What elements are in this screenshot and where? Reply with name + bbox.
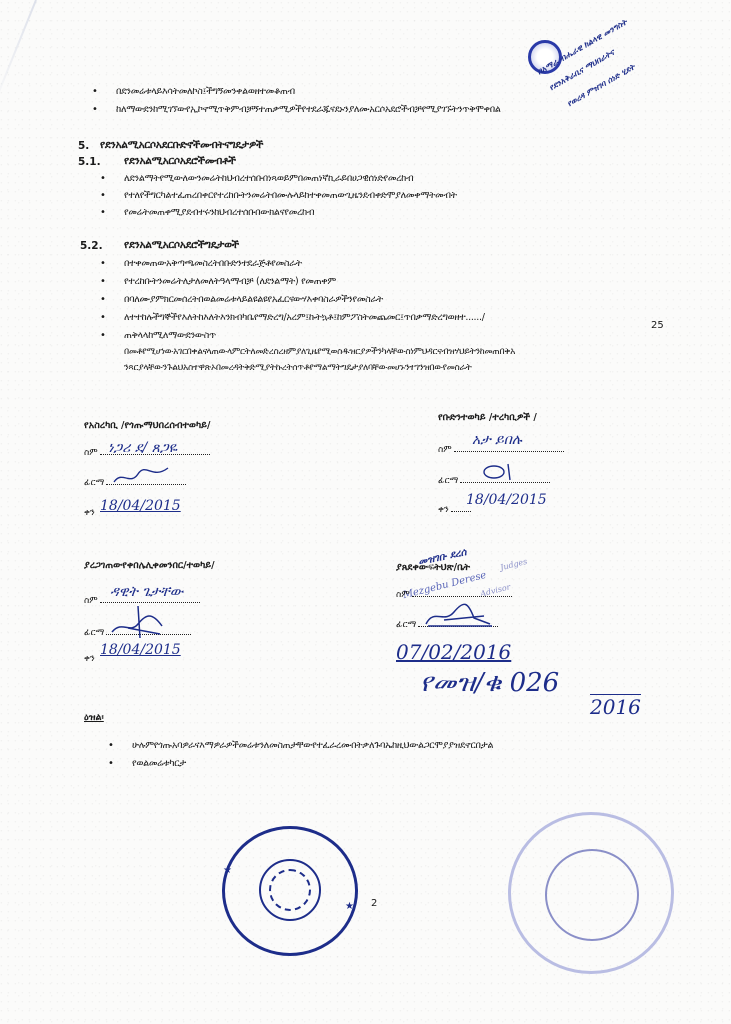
page-number: 2 — [371, 898, 377, 909]
date-field: ቀን — [84, 508, 95, 518]
signature-label: ፊርማ — [438, 476, 458, 486]
bullet-item: በባለሙያምክርመሰረትበወልመሬቱላይልዩልዩየአፈርናውሃእቀባስራዎችንየ… — [124, 294, 383, 306]
handwritten-name: ዳዊት ጌታቸው — [110, 584, 183, 600]
handwritten-year: 2016 — [590, 694, 641, 719]
document-page: በደንመሬቱላይእሳትመለኮስ፤ችግኝመንቀልወዘተመቆጠብ ከለማውደንከሚገ… — [0, 0, 731, 1024]
name-label: ስም — [438, 445, 452, 455]
note-item: ሁሉምየጎጡአባዎራናእማዎራዎችመሬቱንለመስጠታቸውየተፈራረሙበትቃለጉባ… — [132, 740, 493, 752]
handwritten-date: 18/04/2015 — [100, 642, 181, 658]
bullet-item: የተለየችግርካልተፈጠረበቀርየተረከቡትንመሬትበሙሉላይከተቀመጠውጊዜን… — [124, 190, 457, 202]
bullet-item: ለደንልማትየሚውለውንመሬትከህብረተሰቡበነጻወይምበመጠነኛኪራይበሀጋዊ… — [124, 173, 413, 185]
name-label: ስም — [396, 590, 410, 600]
date-label: ቀን — [438, 505, 449, 515]
bullet-item: ጠቅላላከሚለማውደንውስጥ — [124, 330, 216, 342]
official-round-stamp-left: ★ ★ — [222, 826, 358, 956]
bullet-item: ከለማውደንከሚገኘውየኢኮኖሚጥቅምብቻኝተጠቃሚዎችየተደራጁናደኑንያለሙ… — [116, 104, 501, 116]
handwritten-signature — [112, 466, 172, 488]
subsection-number: 5.1. — [78, 156, 101, 168]
section-number: 5. — [78, 140, 89, 152]
handwritten-signature — [108, 604, 168, 640]
date-label: ቀን — [84, 508, 95, 518]
star-icon: ★ — [223, 865, 232, 876]
handwritten-date: 18/04/2015 — [466, 492, 547, 508]
section-title: የደንአልሚአርሶአደርቡድኖችመብትናግዴታዎች — [100, 139, 263, 151]
date-field: ቀን — [84, 654, 95, 664]
handwritten-reference: የመዝ/ቁ 026 — [420, 668, 559, 699]
continuation-text: በመቶየሚሆነውአገርበቀልናላጠውላምርትለመድረስረዘምያለጊዜየሚወስዱዝ… — [124, 346, 515, 358]
official-stamp-top: በአማራ ብሔራዊ ክልላዊ መንግስት የደንአቅራቢና ማህበራትና የወረ… — [528, 40, 678, 130]
percent-value: 25 — [651, 320, 664, 331]
name-label: ስም — [84, 448, 98, 458]
date-label: ቀን — [84, 654, 95, 664]
handwritten-date: 18/04/2015 — [100, 498, 181, 514]
note-title: ዕዝል፡ — [84, 712, 104, 723]
stamp-inner-ring — [545, 849, 639, 941]
signature-label: ፊርማ — [396, 620, 416, 630]
scan-edge-mark — [0, 0, 37, 112]
stamp-role-text: Judges — [499, 557, 528, 572]
subsection-number: 5.2. — [80, 240, 103, 252]
bullet-item: በተቀመጠውአቅጣጫመስረትበቡድንተደራጅቶየመስራት — [124, 258, 302, 270]
name-label: ስም — [84, 596, 98, 606]
handwritten-name: ነጋሪ ደ/ ጸጋዬ — [108, 440, 177, 456]
handwritten-date: 07/02/2016 — [396, 640, 511, 664]
bullet-item: ለተተከሉችግኞችየእለትከእለትእንክብካቤየማድረግ/አረም፤ኩትኳቶ፤ከም… — [124, 312, 485, 324]
bullet-item: የመሬትመጠቀሚያደብተሩንከህብረተሰቡበውክልናየመረከብ — [124, 207, 314, 219]
subsection-title: የደንአልሚአርሶአደሮችመብቶች — [124, 155, 236, 167]
handwritten-signature — [482, 460, 522, 482]
signature-block-title: የአስረካቢ /የጎጡማህበረሰብተወካይ/ — [84, 420, 210, 431]
note-item: የወልመሬቱካርታ — [132, 758, 186, 770]
bullet-item: በደንመሬቱላይእሳትመለኮስ፤ችግኝመንቀልወዘተመቆጠብ — [116, 86, 295, 98]
continuation-text: ንጻርያላቸውንጉልህአስተዋጽኦበመረዳትቅድሚያትኩረትሰጥቶየማልማትግዴ… — [124, 362, 471, 374]
signature-label: ፊርማ — [84, 478, 104, 488]
star-icon: ★ — [345, 901, 354, 912]
handwritten-signature — [424, 598, 494, 630]
signature-block-title: ያረጋገጠውየቀበሌሊቀመንበር/ተወካይ/ — [84, 560, 215, 571]
signature-block-title: የቡድንተወካይ /ተረካቢዎች / — [438, 412, 537, 423]
stamp-center-ring — [269, 869, 311, 911]
handwritten-name: አታ ይበሉ — [472, 432, 522, 448]
subsection-title: የደንአልሚአርሶአደሮችግዴታወች — [124, 239, 239, 251]
signature-label: ፊርማ — [84, 628, 104, 638]
faded-round-stamp-right — [508, 812, 674, 974]
bullet-item: የተረከቡትንመሬትለታለመለትዓላማብቻ (ለደንልማት) የመጠቀም — [124, 276, 336, 288]
